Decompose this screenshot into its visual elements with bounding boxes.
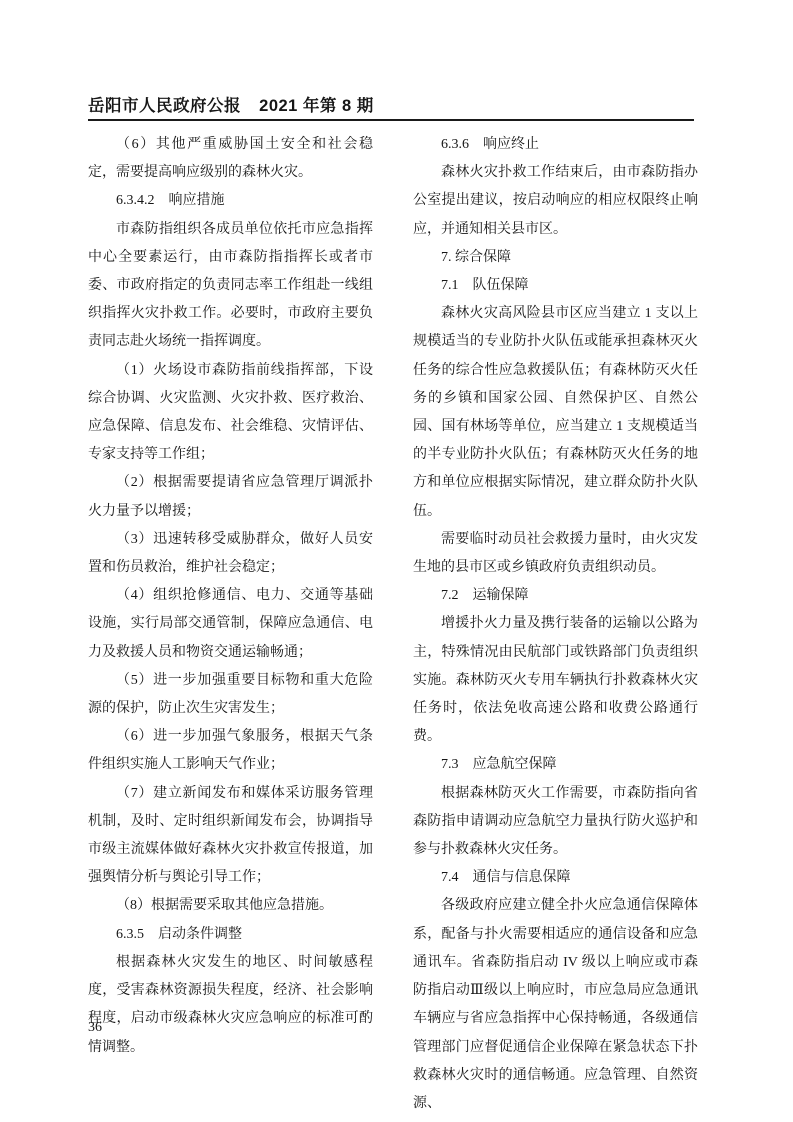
right-column: 6.3.6 响应终止森林火灾扑救工作结束后，由市森防指办公室提出建议，按启动响应… xyxy=(413,131,698,1118)
header-divider xyxy=(88,119,694,121)
section-heading: 6.3.4.2 响应措施 xyxy=(88,187,373,215)
body-paragraph: （7）建立新闻发布和媒体采访服务管理机制，及时、定时组织新闻发布会，协调指导市级… xyxy=(88,780,373,893)
body-paragraph: （6）其他严重威胁国土安全和社会稳定，需要提高响应级别的森林火灾。 xyxy=(88,131,373,187)
section-heading: 6.3.5 启动条件调整 xyxy=(88,921,373,949)
body-paragraph: （8）根据需要采取其他应急措施。 xyxy=(88,892,373,920)
page-number: 36 xyxy=(88,1020,102,1036)
body-paragraph: （4）组织抢修通信、电力、交通等基础设施，实行局部交通管制，保障应急通信、电力及… xyxy=(88,582,373,667)
body-paragraph: （6）进一步加强气象服务，根据天气条件组织实施人工影响天气作业； xyxy=(88,723,373,779)
left-column: （6）其他严重威胁国土安全和社会稳定，需要提高响应级别的森林火灾。6.3.4.2… xyxy=(88,131,373,1118)
section-heading: 7.3 应急航空保障 xyxy=(413,751,698,779)
body-paragraph: （2）根据需要提请省应急管理厅调派扑火力量予以增援； xyxy=(88,469,373,525)
page-header: 岳阳市人民政府公报2021 年第 8 期 xyxy=(88,92,694,116)
body-paragraph: 根据森林火灾发生的地区、时间敏感程度，受害森林资源损失程度，经济、社会影响程度，… xyxy=(88,949,373,1062)
body-paragraph: （5）进一步加强重要目标物和重大危险源的保护，防止次生灾害发生； xyxy=(88,667,373,723)
gazette-page: 岳阳市人民政府公报2021 年第 8 期 （6）其他严重威胁国土安全和社会稳定，… xyxy=(0,0,793,1122)
section-heading: 7.4 通信与信息保障 xyxy=(413,864,698,892)
gazette-issue: 2021 年第 8 期 xyxy=(259,97,374,115)
text-columns: （6）其他严重威胁国土安全和社会稳定，需要提高响应级别的森林火灾。6.3.4.2… xyxy=(88,131,698,1118)
body-paragraph: （1）火场设市森防指前线指挥部，下设综合协调、火灾监测、火灾扑救、医疗救治、应急… xyxy=(88,357,373,470)
body-paragraph: 各级政府应建立健全扑火应急通信保障体系，配备与扑火需要相适应的通信设备和应急通讯… xyxy=(413,892,698,1118)
section-heading: 7.2 运输保障 xyxy=(413,582,698,610)
body-paragraph: 需要临时动员社会救援力量时，由火灾发生地的县市区或乡镇政府负责组织动员。 xyxy=(413,526,698,582)
body-paragraph: （3）迅速转移受威胁群众，做好人员安置和伤员救治，维护社会稳定； xyxy=(88,526,373,582)
body-paragraph: 根据森林防灭火工作需要，市森防指向省森防指申请调动应急航空力量执行防火巡护和参与… xyxy=(413,780,698,865)
body-paragraph: 市森防指组织各成员单位依托市应急指挥中心全要素运行，由市森防指指挥长或者市委、市… xyxy=(88,216,373,357)
section-heading: 6.3.6 响应终止 xyxy=(413,131,698,159)
body-paragraph: 增援扑火力量及携行装备的运输以公路为主，特殊情况由民航部门或铁路部门负责组织实施… xyxy=(413,610,698,751)
gazette-title: 岳阳市人民政府公报 xyxy=(88,97,241,115)
section-heading: 7.1 队伍保障 xyxy=(413,272,698,300)
body-paragraph: 森林火灾高风险县市区应当建立 1 支以上规模适当的专业防扑火队伍或能承担森林灭火… xyxy=(413,300,698,526)
body-paragraph: 森林火灾扑救工作结束后，由市森防指办公室提出建议，按启动响应的相应权限终止响应，… xyxy=(413,159,698,244)
section-heading: 7. 综合保障 xyxy=(413,244,698,272)
